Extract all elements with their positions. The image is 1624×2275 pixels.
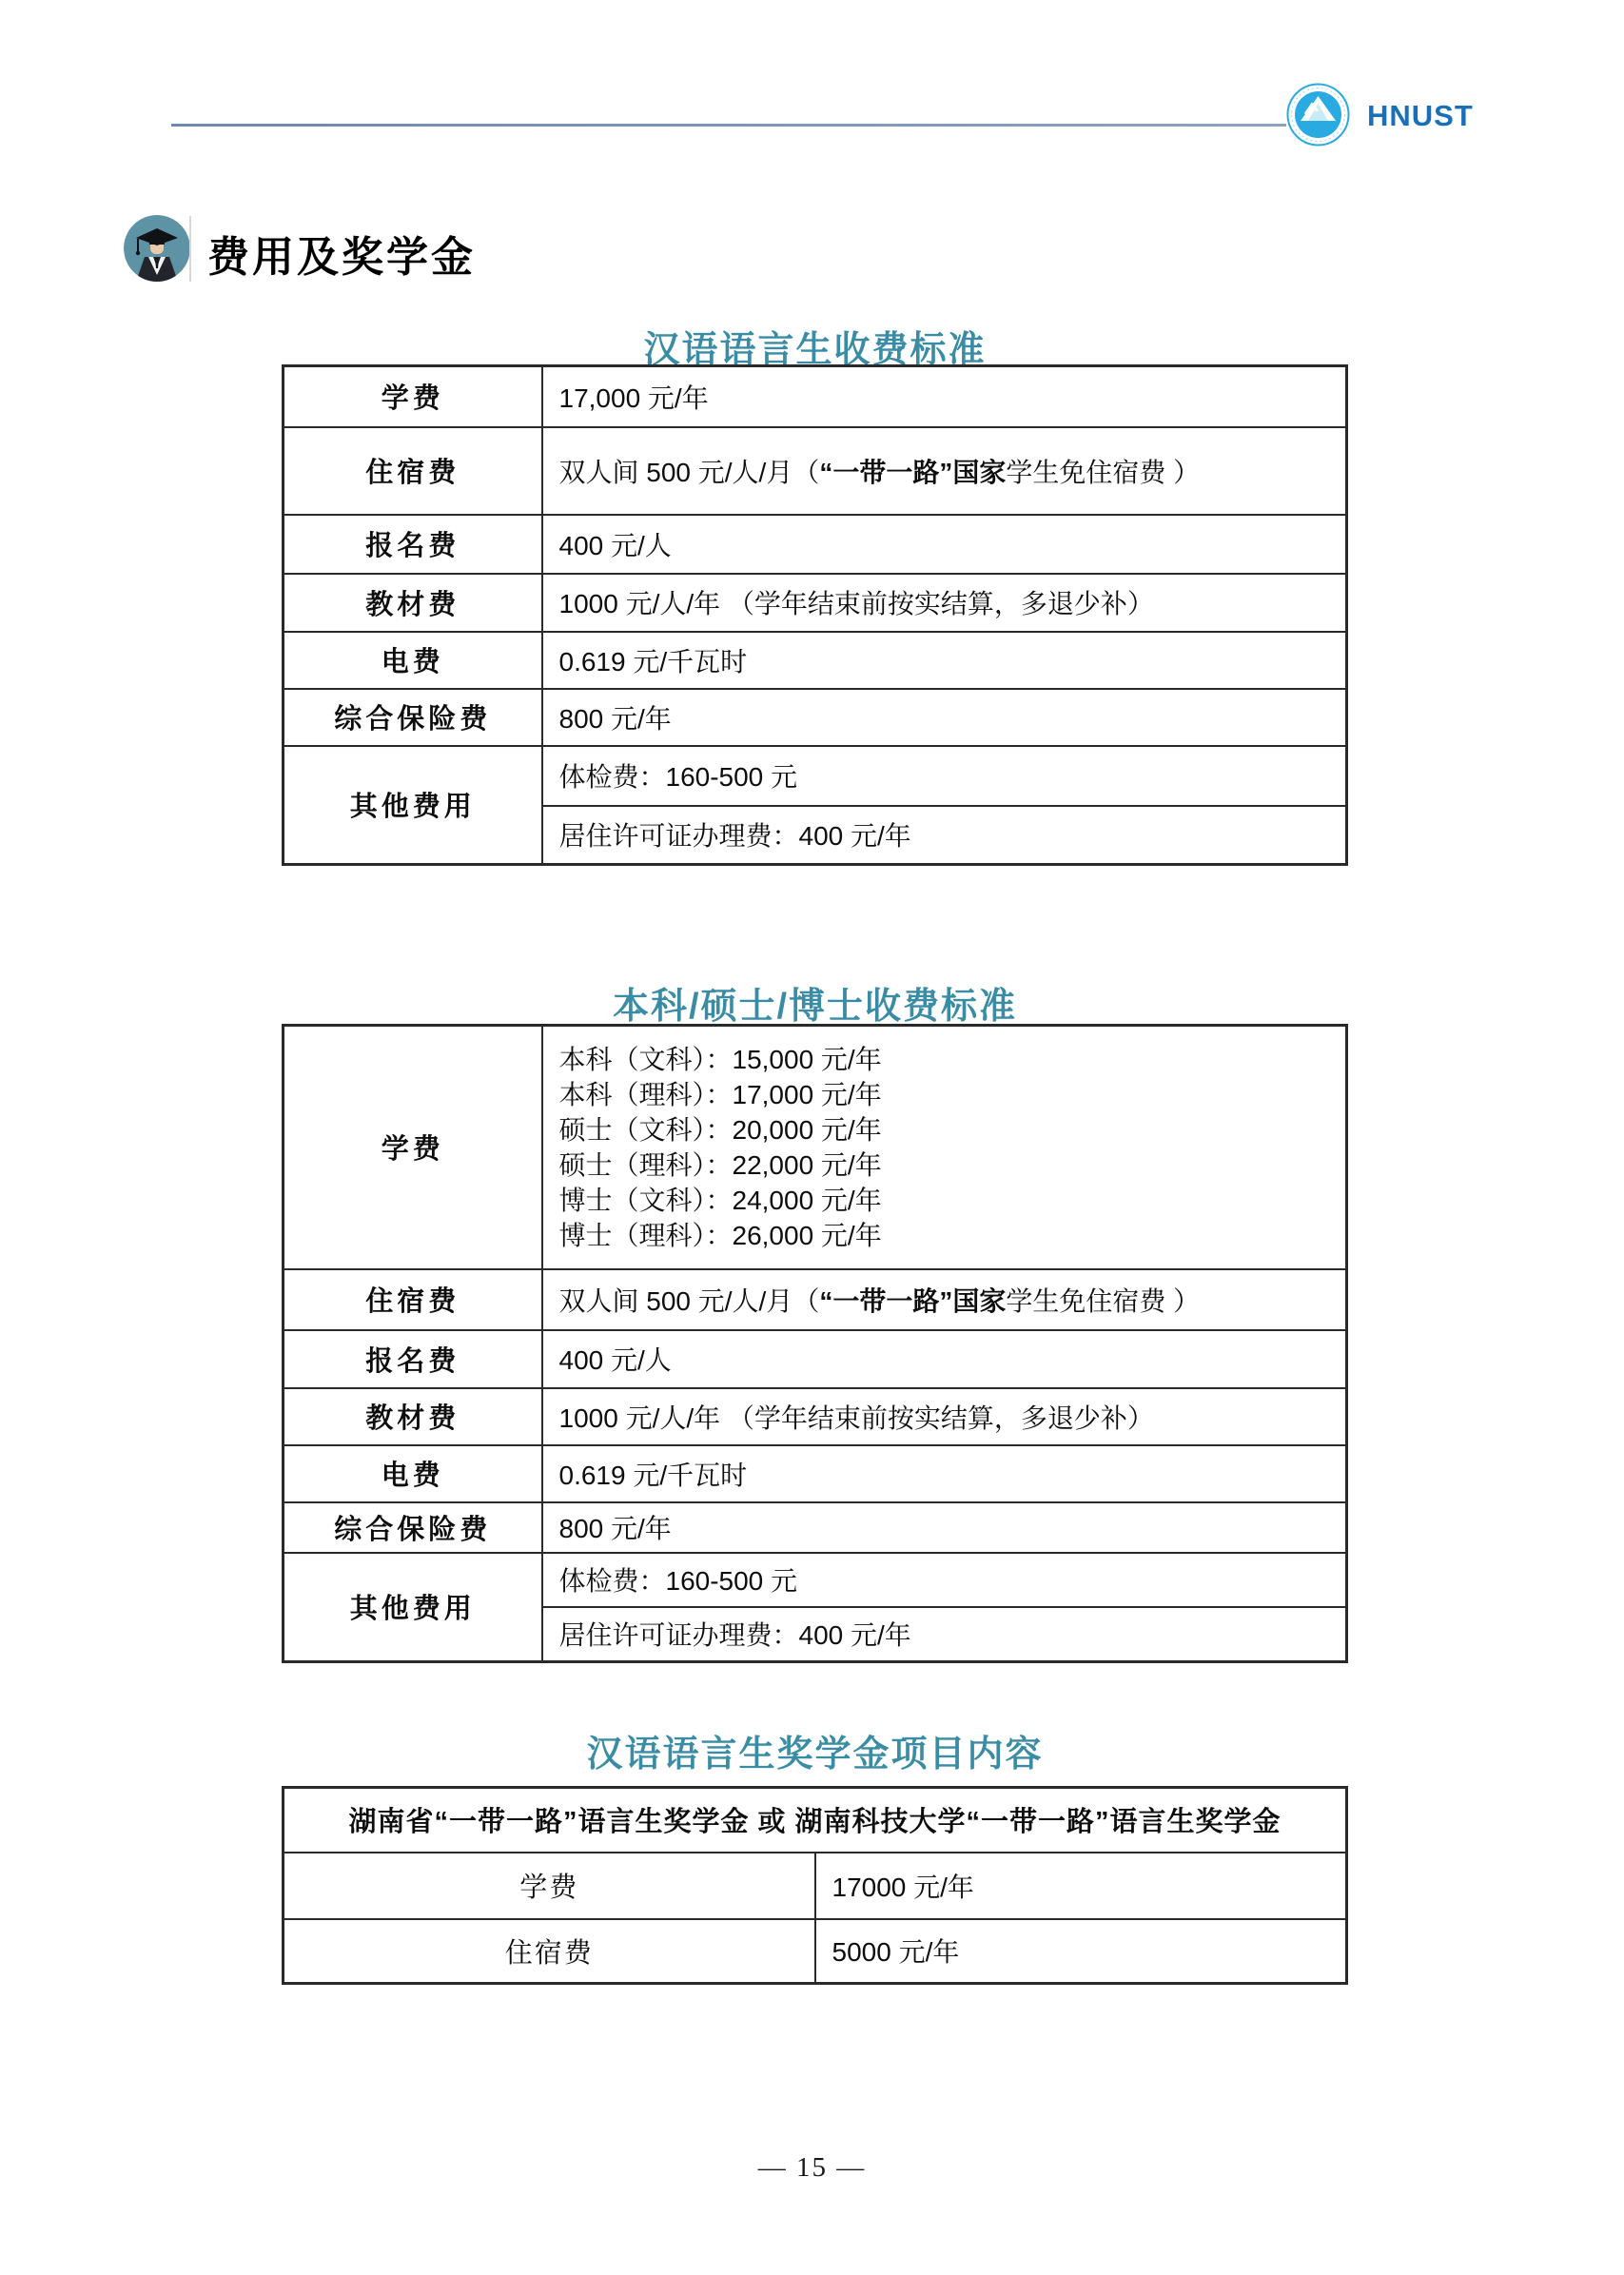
scholarship-header: 湖南省“一带一路”语言生奖学金 或 湖南科技大学“一带一路”语言生奖学金 (284, 1788, 1347, 1853)
university-seal-icon (1286, 83, 1350, 147)
row-label: 其他费用 (284, 746, 542, 865)
table-row: 住宿费 5000 元/年 (284, 1919, 1347, 1984)
row-value: 0.619 元/千瓦时 (542, 1445, 1347, 1502)
table-row: 湖南省“一带一路”语言生奖学金 或 湖南科技大学“一带一路”语言生奖学金 (284, 1788, 1347, 1853)
row-value: 17000 元/年 (815, 1853, 1347, 1919)
table-row: 学费 本科（文科）：15,000 元/年 本科（理科）：17,000 元/年 硕… (284, 1026, 1347, 1269)
row-label: 综合保险费 (284, 689, 542, 746)
table-row: 教材费 1000 元/人/年 （学年结束前按实结算，多退少补） (284, 574, 1347, 632)
row-value: 1000 元/人/年 （学年结束前按实结算，多退少补） (542, 1388, 1347, 1445)
row-label: 学费 (284, 1026, 542, 1269)
row-value: 双人间 500 元/人/月（“一带一路”国家学生免住宿费 ） (542, 427, 1347, 515)
table3-title: 汉语语言生奖学金项目内容 (282, 1724, 1348, 1776)
fee-table-language-students: 学费 17,000 元/年 住宿费 双人间 500 元/人/月（“一带一路”国家… (282, 364, 1348, 866)
table-row: 综合保险费 800 元/年 (284, 1502, 1347, 1553)
row-value: 双人间 500 元/人/月（“一带一路”国家学生免住宿费 ） (542, 1269, 1347, 1330)
row-label: 住宿费 (284, 1919, 815, 1984)
row-label: 住宿费 (284, 1269, 542, 1330)
row-value: 本科（文科）：15,000 元/年 本科（理科）：17,000 元/年 硕士（文… (542, 1026, 1347, 1269)
row-value: 400 元/人 (542, 515, 1347, 574)
table-row: 电费 0.619 元/千瓦时 (284, 1445, 1347, 1502)
row-value: 5000 元/年 (815, 1919, 1347, 1984)
row-label: 报名费 (284, 1330, 542, 1388)
table2-title: 本科/硕士/博士收费标准 (282, 976, 1348, 1029)
tuition-line: 硕士（文科）：20,000 元/年 (559, 1112, 1339, 1147)
page-number: — 15 — (0, 2152, 1624, 2184)
row-label: 电费 (284, 1445, 542, 1502)
row-label: 报名费 (284, 515, 542, 574)
tuition-line: 硕士（理科）：22,000 元/年 (559, 1147, 1339, 1183)
row-value: 17,000 元/年 (542, 366, 1347, 427)
hnust-logo: HNUST (1286, 83, 1477, 149)
row-value: 居住许可证办理费：400 元/年 (542, 806, 1347, 865)
table-row: 综合保险费 800 元/年 (284, 689, 1347, 746)
fee-table-degree-students: 学费 本科（文科）：15,000 元/年 本科（理科）：17,000 元/年 硕… (282, 1024, 1348, 1663)
table-row: 报名费 400 元/人 (284, 515, 1347, 574)
tuition-line: 本科（理科）：17,000 元/年 (559, 1077, 1339, 1112)
tuition-line: 本科（文科）：15,000 元/年 (559, 1042, 1339, 1077)
row-label: 学费 (284, 366, 542, 427)
table-row: 住宿费 双人间 500 元/人/月（“一带一路”国家学生免住宿费 ） (284, 427, 1347, 515)
table-row: 教材费 1000 元/人/年 （学年结束前按实结算，多退少补） (284, 1388, 1347, 1445)
section-title: 费用及奖学金 (207, 223, 476, 284)
row-value: 居住许可证办理费：400 元/年 (542, 1607, 1347, 1662)
row-label: 学费 (284, 1853, 815, 1919)
hnust-logo-text: HNUST (1367, 99, 1474, 133)
row-label: 教材费 (284, 574, 542, 632)
row-value: 0.619 元/千瓦时 (542, 632, 1347, 689)
scholarship-table: 湖南省“一带一路”语言生奖学金 或 湖南科技大学“一带一路”语言生奖学金 学费 … (282, 1786, 1348, 1985)
document-page: HNUST 费用及奖学金 汉语语言生收费标准 学费 17,000 元/年 (0, 0, 1624, 2275)
table-row: 住宿费 双人间 500 元/人/月（“一带一路”国家学生免住宿费 ） (284, 1269, 1347, 1330)
header-rule (171, 124, 1286, 127)
row-label: 电费 (284, 632, 542, 689)
tuition-line: 博士（文科）：24,000 元/年 (559, 1183, 1339, 1218)
table-row: 其他费用 体检费：160-500 元 (284, 746, 1347, 806)
row-value: 800 元/年 (542, 689, 1347, 746)
row-value: 体检费：160-500 元 (542, 1553, 1347, 1607)
row-label: 教材费 (284, 1388, 542, 1445)
table-row: 报名费 400 元/人 (284, 1330, 1347, 1388)
row-value: 体检费：160-500 元 (542, 746, 1347, 806)
graduate-avatar-icon (124, 215, 190, 282)
row-label: 其他费用 (284, 1553, 542, 1662)
table-row: 电费 0.619 元/千瓦时 (284, 632, 1347, 689)
table-row: 学费 17000 元/年 (284, 1853, 1347, 1919)
table-row: 学费 17,000 元/年 (284, 366, 1347, 427)
row-value: 400 元/人 (542, 1330, 1347, 1388)
tuition-line: 博士（理科）：26,000 元/年 (559, 1218, 1339, 1253)
row-value: 800 元/年 (542, 1502, 1347, 1553)
row-label: 综合保险费 (284, 1502, 542, 1553)
row-value: 1000 元/人/年 （学年结束前按实结算，多退少补） (542, 574, 1347, 632)
table-row: 其他费用 体检费：160-500 元 (284, 1553, 1347, 1607)
section-divider (189, 216, 191, 282)
row-label: 住宿费 (284, 427, 542, 515)
